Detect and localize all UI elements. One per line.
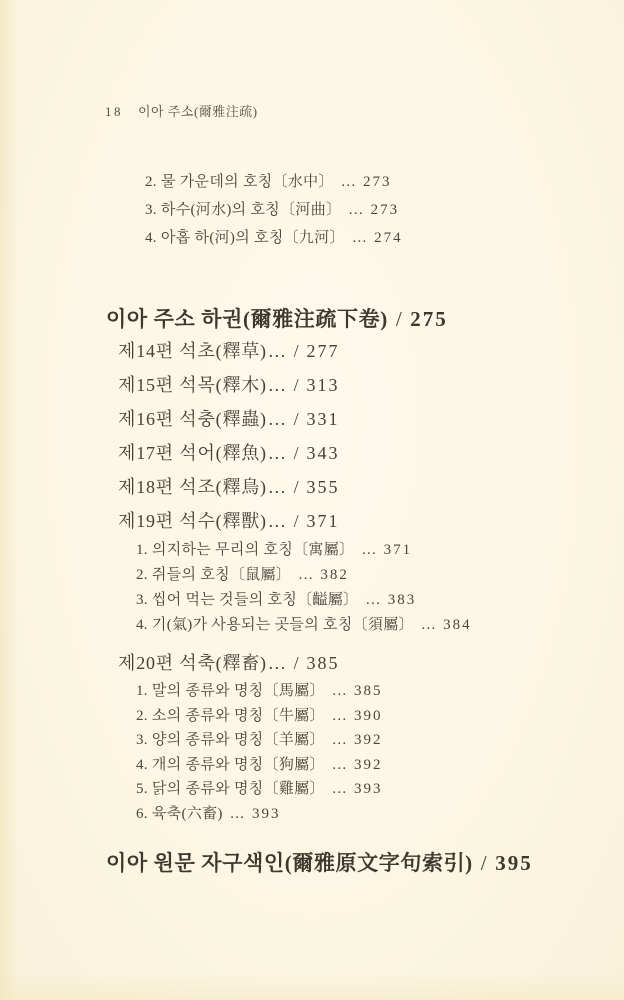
chapter-title: 제15편 석목(釋木) (118, 375, 267, 395)
chapter-20-block: 제20편 석축(釋畜)…/385 1. 말의 종류와 명칭〔馬屬〕…385 2.… (118, 647, 383, 826)
slash-separator: / (294, 477, 300, 497)
toc-subitem-page: 393 (252, 806, 281, 822)
leader-ellipsis: … (332, 732, 347, 748)
toc-subitem-text: 4. 개의 종류와 명칭〔狗屬〕 (136, 757, 325, 773)
running-header: 18이아 주소(爾雅注疏) (105, 101, 258, 120)
toc-subitem-page: 371 (384, 542, 413, 558)
toc-subitem-text: 4. 아홉 하(河)의 호칭〔九河〕 (145, 230, 345, 246)
index-heading-title: 이아 원문 자구색인(爾雅原文字句索引) (106, 851, 473, 875)
toc-chapter-row: 제20편 석축(釋畜)…/385 (118, 647, 383, 679)
part-heading-title: 이아 주소 하권(爾雅注疏下卷) (106, 307, 388, 331)
toc-subitem: 2. 쥐들의 호칭〔鼠屬〕…382 (136, 563, 472, 588)
leader-ellipsis: … (341, 174, 356, 190)
leader-ellipsis: … (230, 806, 245, 822)
chapter-20-subitems: 1. 말의 종류와 명칭〔馬屬〕…385 2. 소의 종류와 명칭〔牛屬〕…39… (118, 679, 383, 826)
leader-ellipsis: … (268, 477, 287, 497)
toc-subitem: 4. 아홉 하(河)의 호칭〔九河〕…274 (145, 224, 403, 252)
toc-subitem-text: 3. 양의 종류와 명칭〔羊屬〕 (136, 732, 325, 748)
chapter-page-number: 343 (306, 443, 339, 463)
toc-subitem-page: 383 (388, 592, 417, 608)
slash-separator: / (294, 375, 300, 395)
leader-ellipsis: … (421, 617, 436, 633)
toc-subitem-page: 392 (354, 757, 383, 773)
toc-chapter-row: 제16편 석충(釋蟲)…/331 (118, 402, 472, 436)
toc-chapter-row: 제19편 석수(釋獸)…/371 (118, 504, 472, 538)
slash-separator: / (396, 307, 402, 331)
chapters-list: 제14편 석초(釋草)…/277 제15편 석목(釋木)…/313 제16편 석… (118, 334, 472, 638)
toc-subitem-text: 3. 하수(河水)의 호칭〔河曲〕 (145, 202, 341, 218)
slash-separator: / (481, 851, 487, 875)
toc-subitem: 1. 말의 종류와 명칭〔馬屬〕…385 (136, 679, 383, 704)
toc-subitem-text: 2. 소의 종류와 명칭〔牛屬〕 (136, 708, 325, 724)
toc-subitem-text: 2. 쥐들의 호칭〔鼠屬〕 (136, 567, 291, 583)
chapter-page-number: 371 (306, 511, 339, 531)
slash-separator: / (294, 653, 300, 673)
chapter-19-subitems: 1. 의지하는 무리의 호칭〔寓屬〕…371 2. 쥐들의 호칭〔鼠屬〕…382… (118, 538, 472, 638)
chapter-page-number: 277 (306, 341, 339, 361)
running-title: 이아 주소(爾雅注疏) (138, 104, 258, 119)
leader-ellipsis: … (332, 781, 347, 797)
toc-subitem-page: 384 (443, 617, 472, 633)
toc-subitem-page: 392 (354, 732, 383, 748)
leader-ellipsis: … (348, 202, 363, 218)
leader-ellipsis: … (268, 341, 287, 361)
toc-subitem-page: 382 (320, 567, 349, 583)
toc-chapter-row: 제15편 석목(釋木)…/313 (118, 368, 472, 402)
toc-subitem: 3. 하수(河水)의 호칭〔河曲〕…273 (145, 196, 403, 224)
chapter-title: 제14편 석초(釋草) (118, 341, 267, 361)
prev-section-items: 2. 물 가운데의 호칭〔水中〕…273 3. 하수(河水)의 호칭〔河曲〕…2… (145, 168, 403, 252)
toc-subitem-page: 274 (374, 230, 403, 246)
toc-subitem-page: 393 (354, 781, 383, 797)
leader-ellipsis: … (352, 230, 367, 246)
chapter-page-number: 331 (306, 409, 339, 429)
toc-subitem-page: 390 (354, 708, 383, 724)
leader-ellipsis: … (268, 409, 287, 429)
toc-subitem: 3. 씹어 먹는 것들의 호칭〔齸屬〕…383 (136, 588, 472, 613)
toc-subitem-page: 273 (363, 174, 392, 190)
toc-subitem: 1. 의지하는 무리의 호칭〔寓屬〕…371 (136, 538, 472, 563)
toc-subitem: 5. 닭의 종류와 명칭〔雞屬〕…393 (136, 777, 383, 802)
page-number: 18 (105, 104, 123, 119)
toc-subitem: 4. 개의 종류와 명칭〔狗屬〕…392 (136, 753, 383, 778)
toc-chapter-row: 제18편 석조(釋鳥)…/355 (118, 470, 472, 504)
leader-ellipsis: … (268, 375, 287, 395)
toc-subitem: 4. 기(氣)가 사용되는 곳들의 호칭〔須屬〕…384 (136, 613, 472, 638)
book-page: 18이아 주소(爾雅注疏) 2. 물 가운데의 호칭〔水中〕…273 3. 하수… (0, 0, 624, 1000)
index-heading: 이아 원문 자구색인(爾雅原文字句索引)/395 (106, 847, 533, 877)
toc-subitem-text: 2. 물 가운데의 호칭〔水中〕 (145, 174, 334, 190)
toc-subitem-text: 1. 의지하는 무리의 호칭〔寓屬〕 (136, 542, 354, 558)
leader-ellipsis: … (268, 443, 287, 463)
chapter-title: 제19편 석수(釋獸) (118, 511, 267, 531)
part-heading-page: 275 (410, 307, 448, 331)
toc-chapter-row: 제14편 석초(釋草)…/277 (118, 334, 472, 368)
toc-subitem-page: 273 (371, 202, 400, 218)
slash-separator: / (294, 443, 300, 463)
chapter-title: 제17편 석어(釋魚) (118, 443, 267, 463)
part-heading: 이아 주소 하권(爾雅注疏下卷)/275 (106, 303, 448, 333)
chapter-page-number: 313 (306, 375, 339, 395)
leader-ellipsis: … (361, 542, 376, 558)
toc-chapter-row: 제17편 석어(釋魚)…/343 (118, 436, 472, 470)
leader-ellipsis: … (365, 592, 380, 608)
toc-subitem: 2. 소의 종류와 명칭〔牛屬〕…390 (136, 704, 383, 729)
chapter-title: 제16편 석충(釋蟲) (118, 409, 267, 429)
toc-subitem: 3. 양의 종류와 명칭〔羊屬〕…392 (136, 728, 383, 753)
slash-separator: / (294, 341, 300, 361)
toc-subitem-text: 1. 말의 종류와 명칭〔馬屬〕 (136, 683, 325, 699)
slash-separator: / (294, 409, 300, 429)
toc-subitem-text: 5. 닭의 종류와 명칭〔雞屬〕 (136, 781, 325, 797)
leader-ellipsis: … (332, 708, 347, 724)
index-heading-page: 395 (495, 851, 533, 875)
leader-ellipsis: … (298, 567, 313, 583)
leader-ellipsis: … (332, 757, 347, 773)
toc-subitem: 6. 육축(六畜)…393 (136, 802, 383, 827)
toc-subitem: 2. 물 가운데의 호칭〔水中〕…273 (145, 168, 403, 196)
chapter-page-number: 385 (306, 653, 339, 673)
toc-subitem-page: 385 (354, 683, 383, 699)
slash-separator: / (294, 511, 300, 531)
leader-ellipsis: … (268, 511, 287, 531)
toc-subitem-text: 3. 씹어 먹는 것들의 호칭〔齸屬〕 (136, 592, 358, 608)
toc-subitem-text: 6. 육축(六畜) (136, 806, 223, 822)
leader-ellipsis: … (268, 653, 287, 673)
toc-subitem-text: 4. 기(氣)가 사용되는 곳들의 호칭〔須屬〕 (136, 617, 414, 633)
chapter-page-number: 355 (306, 477, 339, 497)
chapter-title: 제18편 석조(釋鳥) (118, 477, 267, 497)
leader-ellipsis: … (332, 683, 347, 699)
chapter-title: 제20편 석축(釋畜) (118, 653, 267, 673)
